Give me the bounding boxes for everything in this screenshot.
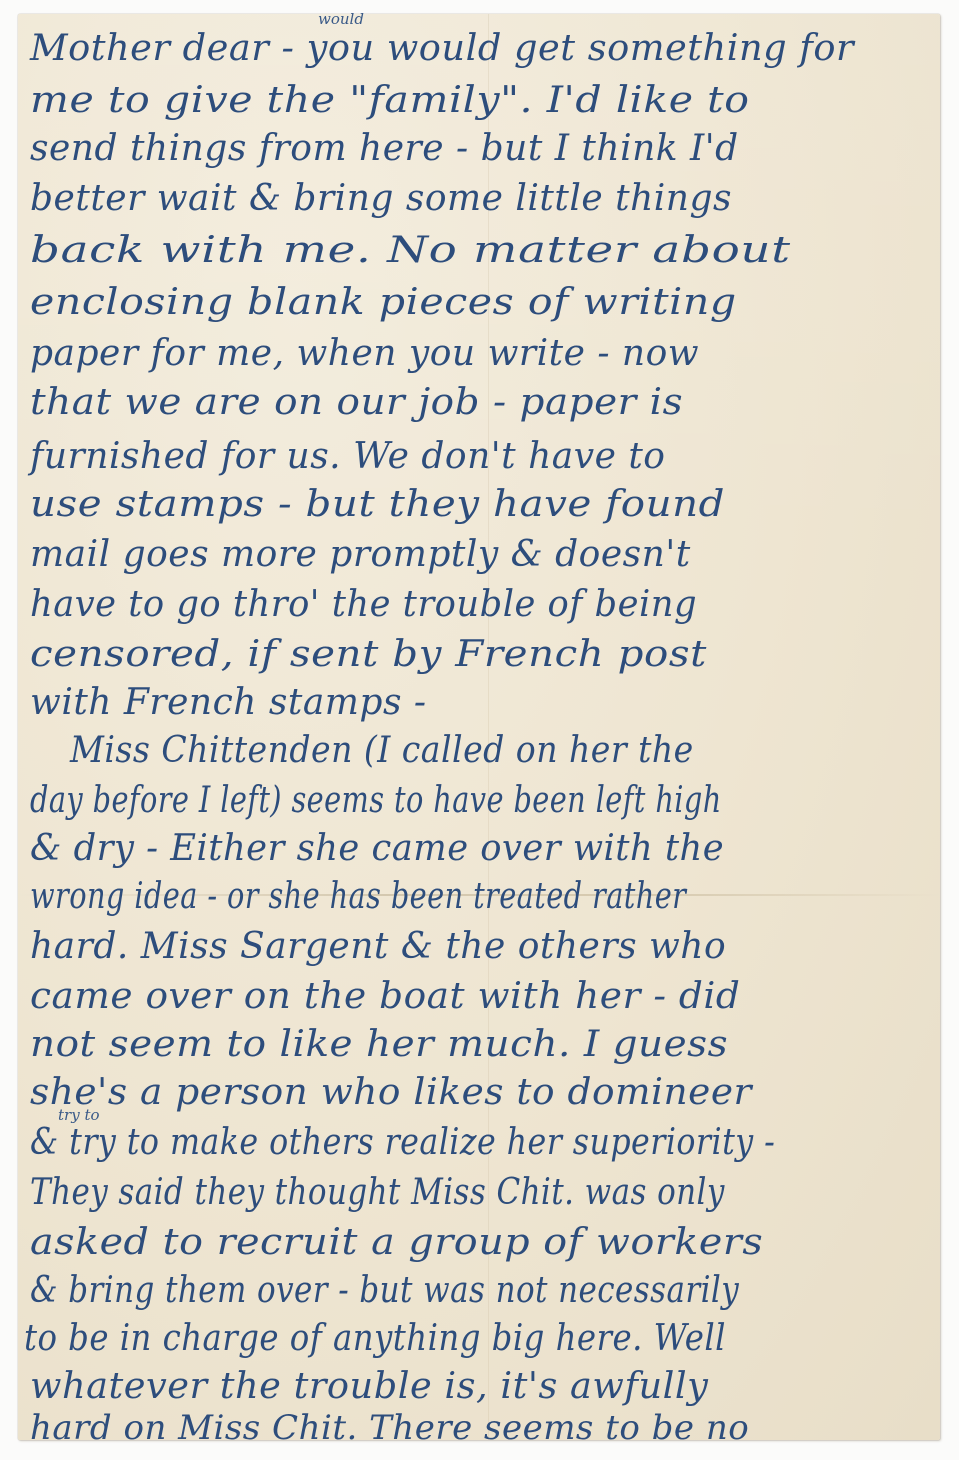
handwritten-line: Mother dear - you would get something fo… xyxy=(30,28,854,69)
handwritten-line: have to go thro' the trouble of being xyxy=(30,584,697,625)
handwritten-line: whatever the trouble is, it's awfully xyxy=(30,1366,708,1407)
handwritten-line: hard on Miss Chit. There seems to be no xyxy=(30,1408,749,1448)
handwritten-line: better wait & bring some little things xyxy=(30,178,732,219)
handwritten-line: day before I left) seems to have been le… xyxy=(30,780,722,821)
handwritten-line: to be in charge of anything big here. We… xyxy=(24,1318,726,1359)
handwritten-line: Miss Chittenden (I called on her the xyxy=(70,730,694,771)
handwritten-line: paper for me, when you write - now xyxy=(30,333,699,374)
handwritten-line: send things from here - but I think I'd xyxy=(30,128,739,169)
handwritten-line: & try to make others realize her superio… xyxy=(30,1122,775,1163)
handwritten-line: They said they thought Miss Chit. was on… xyxy=(30,1172,725,1213)
handwritten-line: came over on the boat with her - did xyxy=(30,976,740,1017)
handwritten-line: enclosing blank pieces of writing xyxy=(30,282,737,323)
insertion-would: would xyxy=(318,10,364,28)
handwritten-line: asked to recruit a group of workers xyxy=(30,1222,763,1263)
handwritten-line: censored, if sent by French post xyxy=(30,634,707,675)
handwritten-line: me to give the "family". I'd like to xyxy=(30,80,750,121)
handwritten-line: wrong idea - or she has been treated rat… xyxy=(30,876,686,917)
handwritten-line: & dry - Either she came over with the xyxy=(30,828,724,869)
handwritten-line: & bring them over - but was not necessar… xyxy=(30,1270,739,1311)
handwritten-line: furnished for us. We don't have to xyxy=(30,436,665,477)
handwritten-line: she's a person who likes to domineer xyxy=(30,1072,752,1113)
handwritten-line: with French stamps - xyxy=(30,682,427,723)
handwritten-line: mail goes more promptly & doesn't xyxy=(30,534,691,575)
handwritten-line: back with me. No matter about xyxy=(30,230,791,271)
handwritten-line: that we are on our job - paper is xyxy=(30,382,683,423)
handwritten-line: use stamps - but they have found xyxy=(30,484,725,525)
handwritten-line: hard. Miss Sargent & the others who xyxy=(30,926,726,967)
handwritten-line: not seem to like her much. I guess xyxy=(30,1024,728,1065)
